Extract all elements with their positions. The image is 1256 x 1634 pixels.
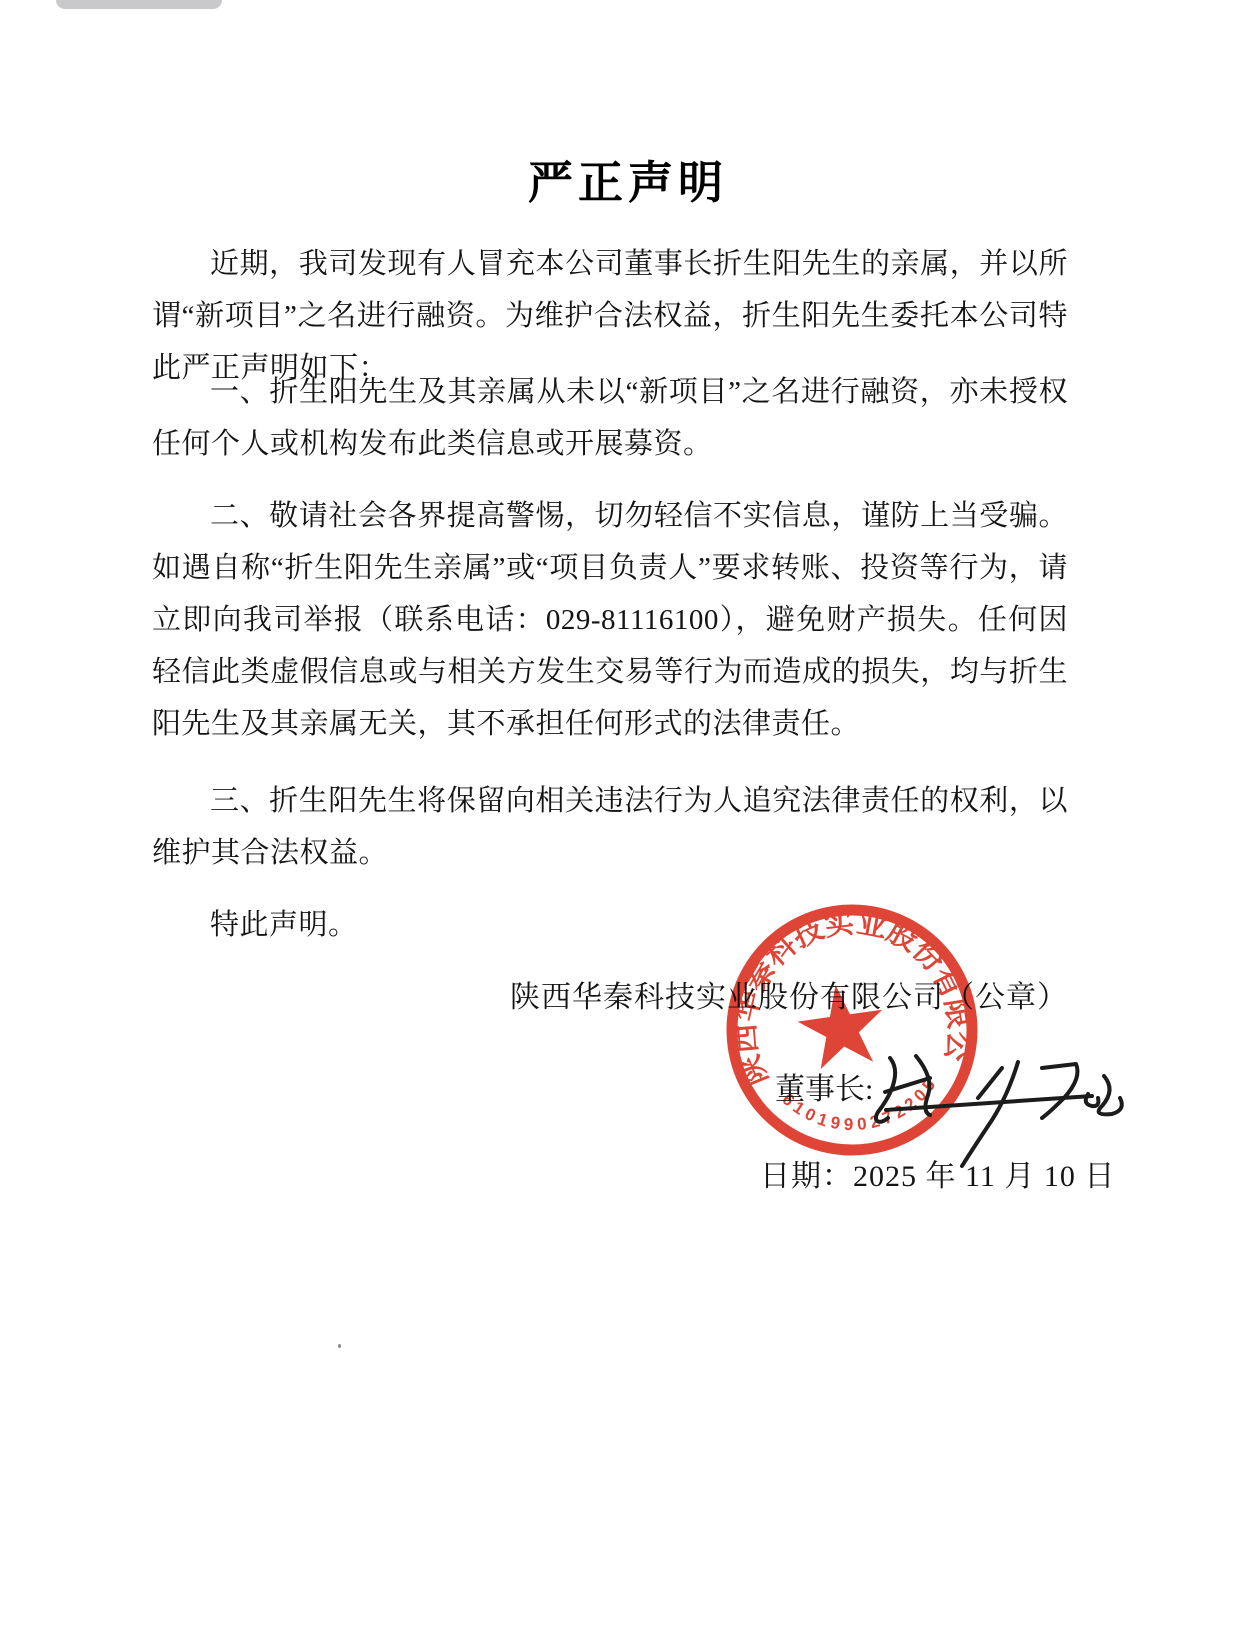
paragraph-item-3: 三、折生阳先生将保留向相关违法行为人追究法律责任的权利，以维护其合法权益。: [152, 775, 1068, 879]
paragraph-item-1: 一、折生阳先生及其亲属从未以“新项目”之名进行融资，亦未授权任何个人或机构发布此…: [152, 366, 1068, 470]
browser-tab-remnant: [56, 0, 222, 9]
statement-title: 严正声明: [0, 146, 1256, 211]
chairman-label: 董事长:: [775, 1064, 873, 1108]
paragraph-item-2: 二、敬请社会各界提高警惕，切勿轻信不实信息，谨防上当受骗。如遇自称“折生阳先生亲…: [152, 490, 1068, 750]
date-line: 日期：2025 年 11 月 10 日: [760, 1151, 1115, 1195]
paper-speck: [338, 1344, 341, 1348]
statement-document-page: 严正声明 近期，我司发现有人冒充本公司董事长折生阳先生的亲属，并以所谓“新项目”…: [0, 0, 1256, 1634]
